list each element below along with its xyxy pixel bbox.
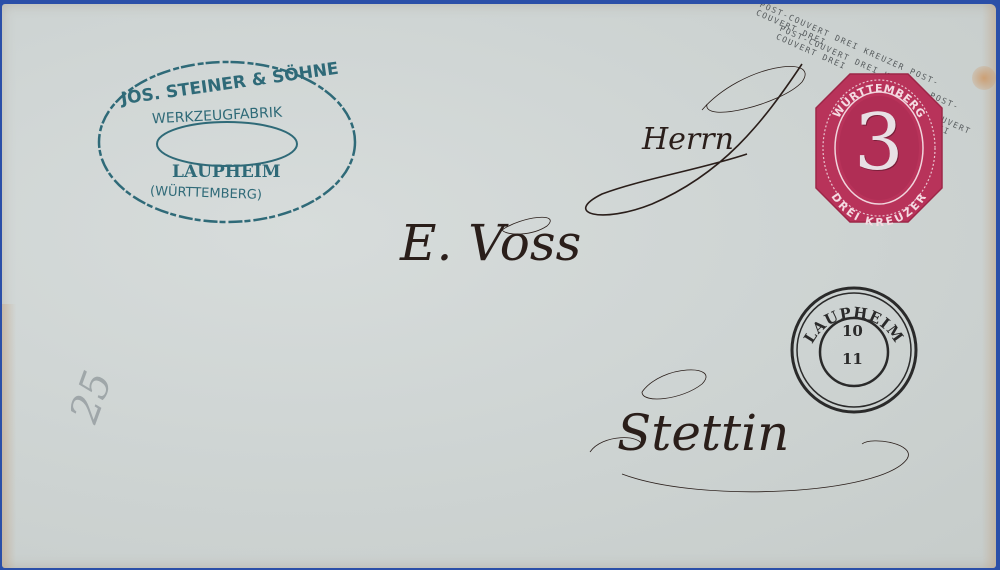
address-flourishes — [2, 4, 996, 568]
address-name: E. Voss — [400, 214, 581, 272]
envelope: POST-COUVERT DREI KREUZER POST-COUVERT D… — [2, 4, 996, 568]
address-city: Stettin — [617, 404, 789, 462]
address-salutation: Herrn — [642, 122, 734, 157]
